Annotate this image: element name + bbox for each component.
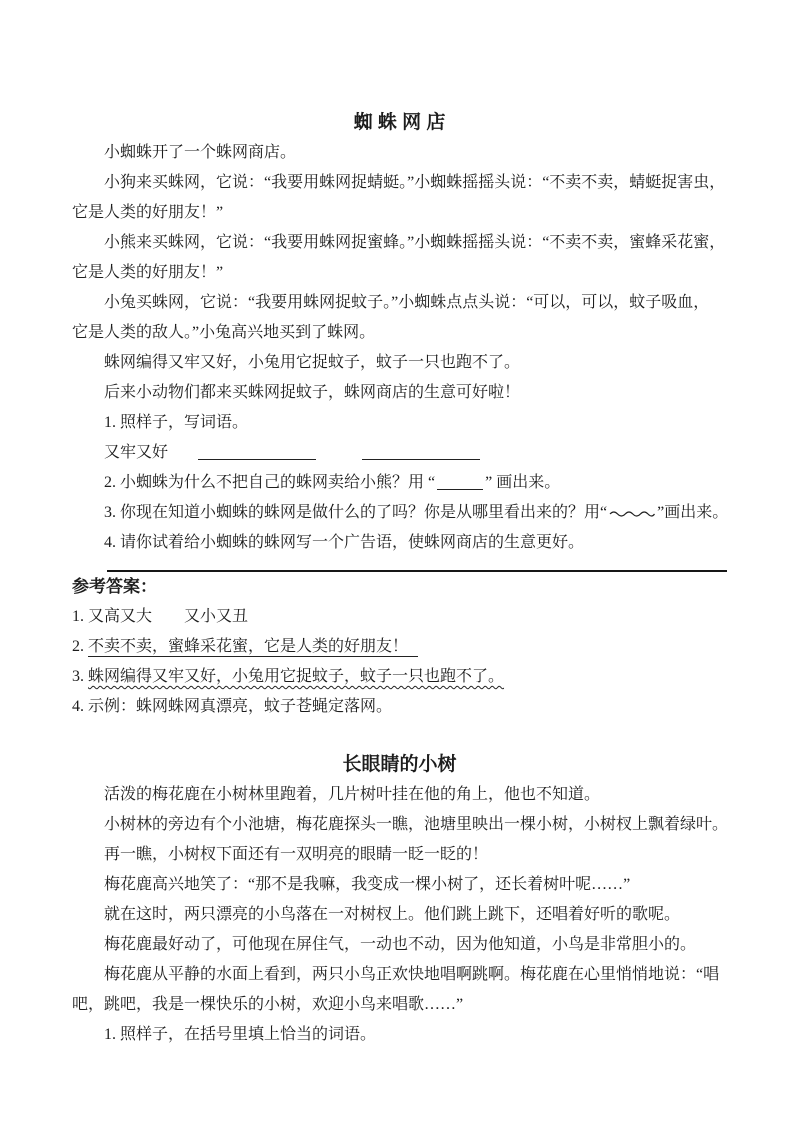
question-1-example-row: 又牢又好 (72, 438, 727, 468)
answer-2-underlined-text: 不卖不卖，蜜蜂采花蜜，它是人类的好朋友！ (88, 638, 418, 657)
question-2-text-pre: 2. 小蜘蛛为什么不把自己的蛛网卖给小熊？用 “ (104, 474, 435, 491)
answer-2: 2. 不卖不卖，蜜蜂采花蜜，它是人类的好朋友！ (72, 632, 727, 662)
question-3: 3. 你现在知道小蜘蛛的蛛网是做什么的了吗？你是从哪里看出来的？用“”画出来。 (72, 498, 727, 528)
question-2-text-post: ” 画出来。 (485, 474, 560, 491)
wavy-line-mark (609, 509, 655, 518)
story1-paragraph-line: 小狗来买蛛网，它说：“我要用蛛网捉蜻蜓。”小蜘蛛摇摇头说：“不卖不卖，蜻蜓捉害虫… (72, 168, 727, 198)
answer-1-number: 1. (72, 608, 88, 625)
story2-paragraph-line: 梅花鹿高兴地笑了：“那不是我嘛，我变成一棵小树了，还长着树叶呢……” (72, 870, 727, 900)
question-1: 1. 照样子，写词语。 (72, 408, 727, 438)
story1-paragraph-line: 它是人类的好朋友！” (72, 198, 727, 228)
answer-4: 4. 示例：蛛网蛛网真漂亮，蚊子苍蝇定落网。 (72, 692, 727, 722)
answer-3: 3. 蛛网编得又牢又好，小兔用它捉蚊子，蚊子一只也跑不了。 (72, 662, 727, 692)
question-1-example-word: 又牢又好 (104, 444, 168, 461)
story1-paragraph-line: 小兔买蛛网，它说：“我要用蛛网捉蚊子。”小蜘蛛点点头说：“可以，可以，蚊子吸血， (72, 288, 727, 318)
story2-paragraph-line: 就在这时，两只漂亮的小鸟落在一对树杈上。他们跳上跳下，还唱着好听的歌呢。 (72, 900, 727, 930)
answer-3-number: 3. (72, 668, 88, 685)
story2-paragraph-line: 梅花鹿最好动了，可他现在屏住气，一动也不动，因为他知道，小鸟是非常胆小的。 (72, 930, 727, 960)
question-3-text-post: ”画出来。 (657, 504, 728, 521)
answer-3-wavy-underlined-text: 蛛网编得又牢又好，小兔用它捉蚊子，蚊子一只也跑不了。 (88, 668, 504, 685)
straight-line-mark (437, 473, 483, 490)
story2-paragraph-line: 吧，跳吧，我是一棵快乐的小树，欢迎小鸟来唱歌……” (72, 990, 727, 1020)
story1-paragraph-line: 它是人类的好朋友！” (72, 258, 727, 288)
answer-4-number: 4. (72, 698, 88, 715)
answer-4-text: 示例：蛛网蛛网真漂亮，蚊子苍蝇定落网。 (88, 698, 392, 715)
story2-paragraph-line: 小树林的旁边有个小池塘，梅花鹿探头一瞧，池塘里映出一棵小树，小树杈上飘着绿叶。 (72, 810, 727, 840)
story1-paragraph-line: 小熊来买蛛网，它说：“我要用蛛网捉蜜蜂。”小蜘蛛摇摇头说：“不卖不卖，蜜蜂采花蜜… (72, 228, 727, 258)
story2-question-1: 1. 照样子，在括号里填上恰当的词语。 (72, 1020, 727, 1050)
story2-paragraph-line: 再一瞧，小树杈下面还有一双明亮的眼睛一眨一眨的！ (72, 840, 727, 870)
story2-paragraph-line: 活泼的梅花鹿在小树林里跑着，几片树叶挂在他的角上，他也不知道。 (72, 780, 727, 810)
answer-2-number: 2. (72, 638, 88, 655)
question-4: 4. 请你试着给小蜘蛛的蛛网写一个广告语，使蛛网商店的生意更好。 (72, 528, 727, 558)
answer-1-word-2: 又小又丑 (184, 608, 248, 625)
question-3-text-pre: 3. 你现在知道小蜘蛛的蛛网是做什么的了吗？你是从哪里看出来的？用“ (104, 504, 607, 521)
fill-in-blank-line-1 (198, 443, 316, 460)
answers-heading: 参考答案： (72, 572, 727, 602)
question-2: 2. 小蜘蛛为什么不把自己的蛛网卖给小熊？用 “” 画出来。 (72, 468, 727, 498)
story1-title: 蜘 蛛 网 店 (72, 108, 727, 138)
story1-paragraph-line: 它是人类的敌人。”小兔高兴地买到了蛛网。 (72, 318, 727, 348)
story2-title: 长眼睛的小树 (72, 750, 727, 780)
answer-1: 1. 又高又大又小又丑 (72, 602, 727, 632)
answer-1-word-1: 又高又大 (88, 608, 152, 625)
worksheet-page: 蜘 蛛 网 店 小蜘蛛开了一个蛛网商店。 小狗来买蛛网，它说：“我要用蛛网捉蜻蜓… (0, 0, 793, 1122)
fill-in-blank-line-2 (362, 443, 480, 460)
story1-paragraph-line: 后来小动物们都来买蛛网捉蚊子，蛛网商店的生意可好啦！ (72, 378, 727, 408)
story2-paragraph-line: 梅花鹿从平静的水面上看到，两只小鸟正欢快地唱啊跳啊。梅花鹿在心里悄悄地说：“唱 (72, 960, 727, 990)
story1-paragraph-line: 蛛网编得又牢又好，小兔用它捉蚊子，蚊子一只也跑不了。 (72, 348, 727, 378)
story1-paragraph-line: 小蜘蛛开了一个蛛网商店。 (72, 138, 727, 168)
